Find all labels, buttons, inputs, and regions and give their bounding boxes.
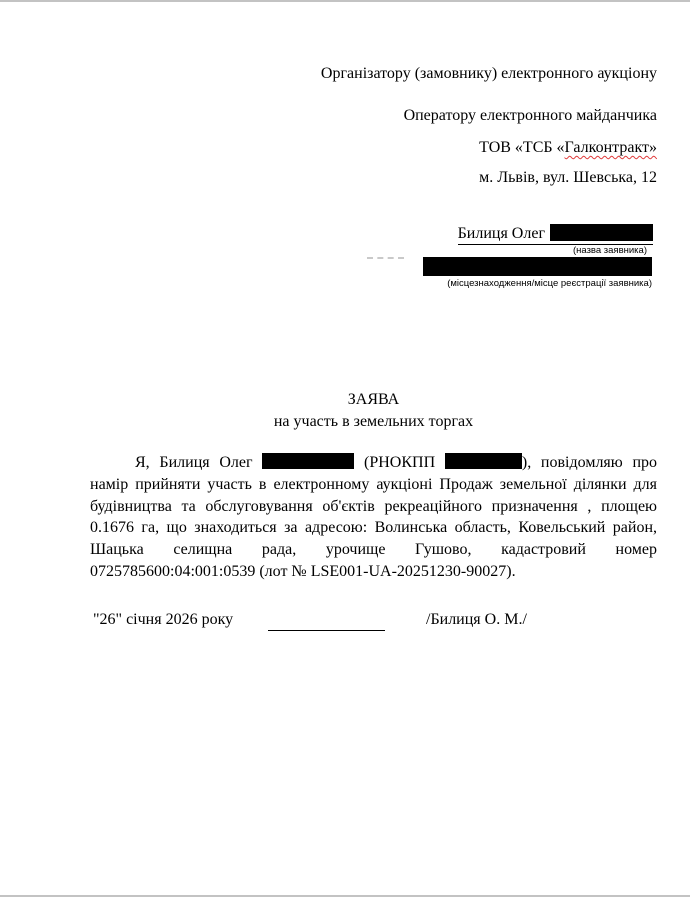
body-paragraph: Я, Билиця Олег (РНОКПП ), повідомляю про…	[90, 452, 657, 583]
body-line-4: 0.1676 га, що знаходиться за адресою: Во…	[90, 517, 657, 539]
faint-dashed-mark	[367, 257, 404, 259]
document-page: Організатору (замовнику) електронного ау…	[0, 0, 690, 897]
page-top-edge	[0, 0, 690, 2]
applicant-name-line: Билиця Олег	[458, 224, 653, 245]
signature-name: /Билиця О. М./	[426, 611, 527, 629]
header-address-line: м. Львів, вул. Шевська, 12	[479, 169, 657, 187]
body-line-5: Шацька селищна рада, урочище Гушово, кад…	[90, 539, 657, 561]
redaction-box-rnokpp	[445, 453, 522, 469]
body-line-3: будівництва та обслуговування об'єктів р…	[90, 496, 657, 518]
document-subtitle: на участь в земельних торгах	[90, 411, 657, 433]
redaction-box-applicant-name	[550, 224, 653, 241]
body-line-2: намір прийняти участь в електронному аук…	[90, 474, 657, 496]
company-name-spellcheck: Галконтракт»	[565, 139, 657, 156]
signature-blank-line	[268, 630, 385, 631]
header-operator-line: Оператору електронного майданчика	[404, 107, 657, 125]
body-line-1: Я, Билиця Олег (РНОКПП ), повідомляю про	[90, 452, 657, 474]
applicant-address-caption: (місцезнаходження/місце реєстрації заявн…	[447, 278, 652, 289]
document-title: ЗАЯВА	[90, 389, 657, 411]
applicant-name-underlined: Билиця Олег	[458, 224, 653, 245]
title-block: ЗАЯВА на участь в земельних торгах	[90, 389, 657, 433]
header-company-line: ТОВ «ТСБ «Галконтракт»	[479, 139, 657, 157]
redaction-box-name-inline	[262, 453, 354, 469]
body-line1-pre: Я, Билиця Олег	[135, 454, 253, 471]
header-organizer-line: Організатору (замовнику) електронного ау…	[321, 65, 657, 83]
body-line1-mid: (РНОКПП	[364, 454, 435, 471]
body-line1-post: ), повідомляю про	[522, 454, 657, 471]
redaction-box-applicant-address	[423, 257, 652, 276]
body-line-6: 0725785600:04:001:0539 (лот № LSE001-UA-…	[90, 561, 657, 583]
applicant-name-caption: (назва заявника)	[573, 245, 647, 256]
signature-date: "26" січня 2026 року	[93, 611, 233, 629]
company-prefix: ТОВ «ТСБ «	[479, 139, 564, 156]
applicant-name: Билиця Олег	[458, 225, 545, 242]
